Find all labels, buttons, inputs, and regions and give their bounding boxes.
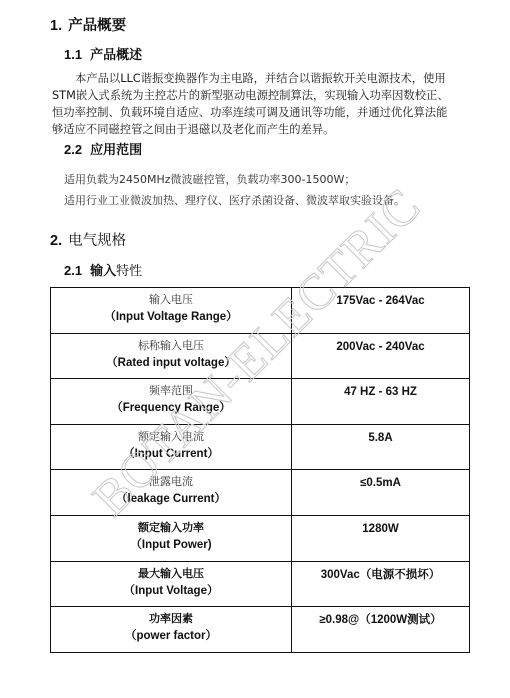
spec-name-cn: 功率因素 [51, 611, 291, 627]
table-row: 额定输入功率 （Input Power) 1280W [51, 515, 470, 561]
spec-name-en: （power factor） [51, 627, 291, 646]
subsection-number: 1.1 [64, 47, 82, 62]
spec-value: 200Vac - 240Vac [292, 339, 469, 355]
document-page: 1.产品概要 1.1产品概述 本产品以LLC谐振变换器作为主电路，并结合以谐振软… [0, 0, 510, 698]
paragraph-line: 恒功率控制、负载环境自适应、功率连续可调及通讯等功能，并通过优化算法能 [52, 104, 470, 121]
spec-name-cn: 标称输入电压 [51, 338, 291, 354]
table-row: 频率范围 （Frequency Range） 47 HZ - 63 HZ [51, 379, 470, 425]
subsection-title: 产品概述 [90, 48, 142, 63]
subsection-title: 应用范围 [90, 143, 142, 158]
subsection-heading-application-scope: 2.2应用范围 [64, 142, 142, 159]
spec-name-cell: 额定输入功率 （Input Power) [51, 515, 292, 561]
spec-name-cn: 频率范围 [51, 383, 291, 399]
spec-name-cn: 额定输入电流 [51, 429, 291, 445]
table-row: 输入电压 （Input Voltage Range） 175Vac - 264V… [51, 288, 470, 334]
subsection-title-normal: 特性 [116, 264, 142, 279]
table-row: 最大输入电压 （Input Voltage） 300Vac（电源不损坏） [51, 561, 470, 607]
spec-value-cell: ≥0.98@（1200W测试） [292, 607, 470, 653]
section-heading-product-overview: 1.产品概要 [50, 17, 126, 35]
spec-value-cell: 1280W [292, 515, 470, 561]
table-row: 泄露电流 （leakage Current） ≤0.5mA [51, 470, 470, 516]
spec-name-en: （Input Voltage Range） [51, 308, 291, 327]
spec-name-cell: 最大输入电压 （Input Voltage） [51, 561, 292, 607]
application-line-load: 适用负载为2450MHz微波磁控管，负载功率300-1500W； [64, 172, 355, 188]
subsection-title-bold: 输入 [90, 264, 116, 279]
table-row: 额定输入电流 （Input Current） 5.8A [51, 424, 470, 470]
subsection-number: 2.1 [64, 263, 82, 278]
table-row: 标称输入电压 （Rated input voltage） 200Vac - 24… [51, 333, 470, 379]
spec-value-cell: ≤0.5mA [292, 470, 470, 516]
spec-name-cell: 输入电压 （Input Voltage Range） [51, 288, 292, 334]
spec-name-en: （Input Power) [51, 536, 291, 555]
section-heading-electrical-specs: 2.电气规格 [50, 232, 126, 250]
spec-value: 175Vac - 264Vac [292, 293, 469, 309]
spec-value: ≥0.98@（1200W测试） [292, 612, 469, 628]
spec-name-cn: 额定输入功率 [51, 520, 291, 536]
section-number: 1. [50, 18, 62, 34]
section-title: 电气规格 [68, 233, 126, 249]
application-line-industries: 适用行业工业微波加热、理疗仪、医疗杀菌设备、微波萃取实验设备。 [64, 193, 405, 209]
spec-value: ≤0.5mA [292, 475, 469, 491]
spec-name-en: （Frequency Range） [51, 399, 291, 418]
subsection-number: 2.2 [64, 142, 82, 157]
spec-name-cell: 频率范围 （Frequency Range） [51, 379, 292, 425]
subsection-heading-product-description: 1.1产品概述 [64, 47, 142, 64]
section-number: 2. [50, 233, 62, 249]
spec-name-en: （Rated input voltage） [51, 354, 291, 373]
paragraph-line: STM嵌入式系统为主控芯片的新型驱动电源控制算法，实现输入功率因数校正、 [52, 87, 470, 104]
spec-name-en: （leakage Current） [51, 490, 291, 509]
spec-value: 47 HZ - 63 HZ [292, 384, 469, 400]
spec-value-cell: 300Vac（电源不损坏） [292, 561, 470, 607]
table-row: 功率因素 （power factor） ≥0.98@（1200W测试） [51, 607, 470, 653]
spec-value: 1280W [292, 521, 469, 537]
spec-value-cell: 5.8A [292, 424, 470, 470]
spec-name-en: （Input Current） [51, 445, 291, 464]
spec-name-en: （Input Voltage） [51, 582, 291, 601]
spec-value-cell: 200Vac - 240Vac [292, 333, 470, 379]
spec-name-cell: 功率因素 （power factor） [51, 607, 292, 653]
input-spec-table: 输入电压 （Input Voltage Range） 175Vac - 264V… [50, 287, 470, 653]
spec-value-cell: 47 HZ - 63 HZ [292, 379, 470, 425]
spec-name-cell: 标称输入电压 （Rated input voltage） [51, 333, 292, 379]
spec-name-cell: 额定输入电流 （Input Current） [51, 424, 292, 470]
spec-name-cn: 泄露电流 [51, 474, 291, 490]
spec-name-cn: 最大输入电压 [51, 566, 291, 582]
spec-name-cell: 泄露电流 （leakage Current） [51, 470, 292, 516]
spec-value: 300Vac（电源不损坏） [292, 567, 469, 583]
spec-name-cn: 输入电压 [51, 292, 291, 308]
section-title: 产品概要 [68, 18, 126, 34]
spec-value: 5.8A [292, 430, 469, 446]
subsection-heading-input-characteristics: 2.1输入特性 [64, 263, 142, 280]
product-description-paragraph: 本产品以LLC谐振变换器作为主电路，并结合以谐振软开关电源技术，使用 STM嵌入… [52, 70, 470, 138]
paragraph-line: 够适应不同磁控管之间由于退磁以及老化而产生的差异。 [52, 121, 470, 138]
paragraph-line: 本产品以LLC谐振变换器作为主电路，并结合以谐振软开关电源技术，使用 [52, 70, 470, 87]
spec-value-cell: 175Vac - 264Vac [292, 288, 470, 334]
